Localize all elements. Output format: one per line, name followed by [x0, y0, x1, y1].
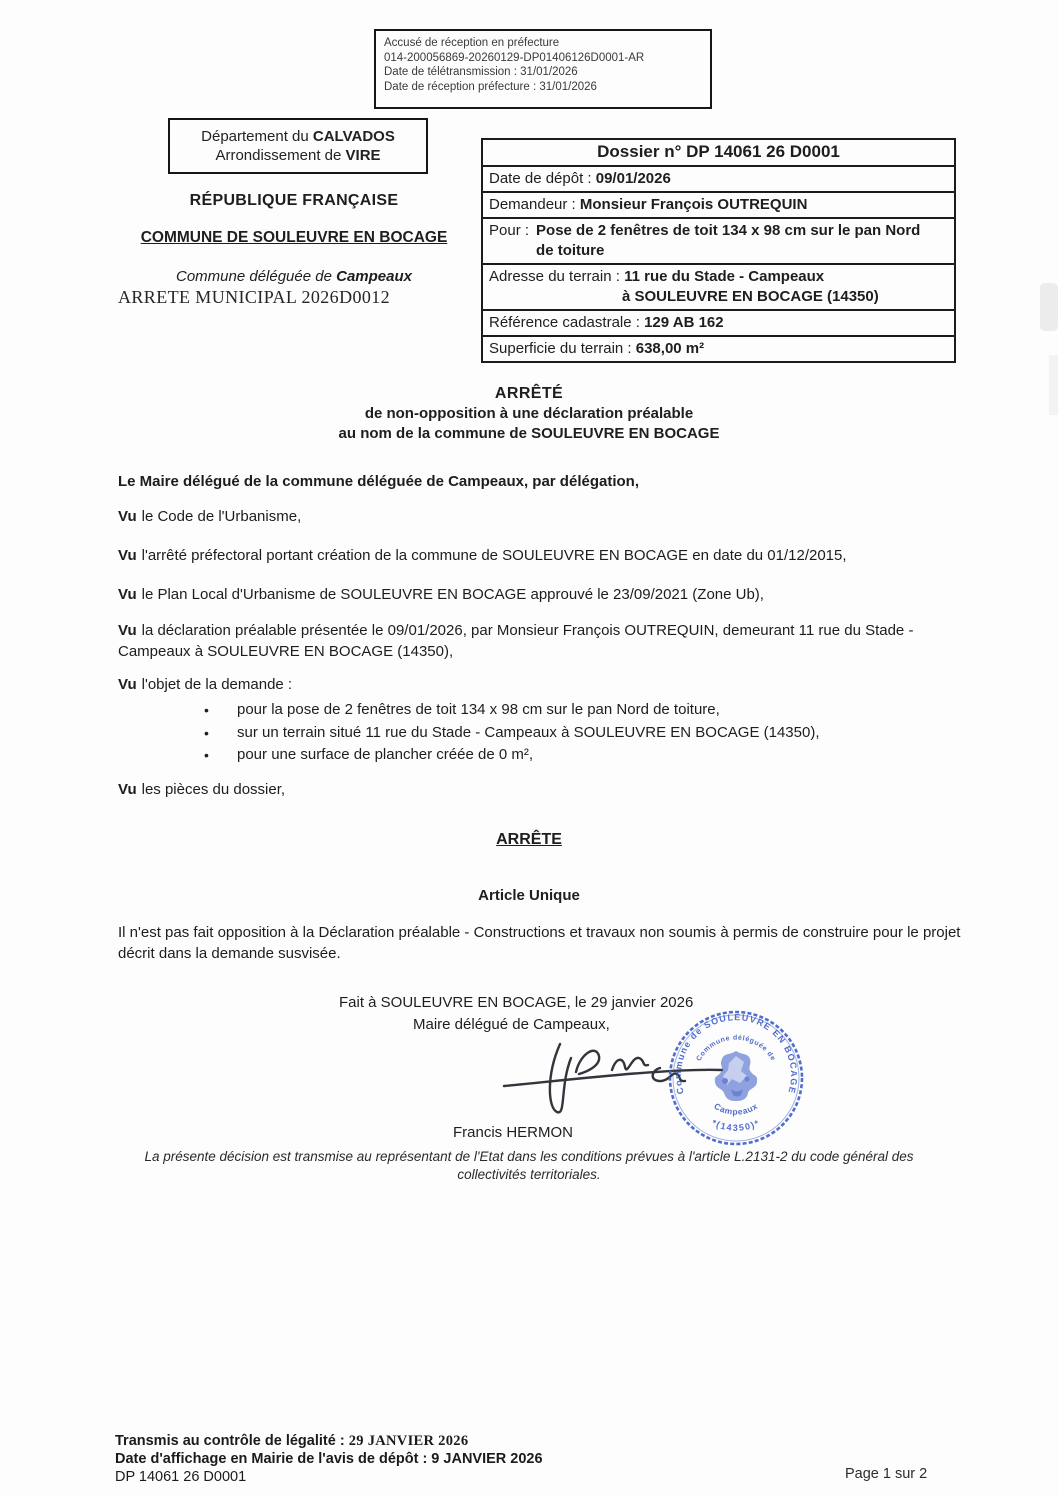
seal-outer-bottom-text: *(14350)* — [710, 1118, 761, 1133]
table-row-demandeur: Demandeur : Monsieur François OUTREQUIN — [483, 191, 954, 217]
decree-title: ARRÊTÉ de non-opposition à une déclarati… — [0, 384, 1058, 444]
commune-title: COMMUNE DE SOULEUVRE EN BOCAGE — [118, 229, 470, 247]
demande-bullet-list: pour la pose de 2 fenêtres de toit 134 x… — [200, 699, 820, 767]
decree-title-line3: au nom de la commune de SOULEUVRE EN BOC… — [0, 424, 1058, 444]
table-row-pour: Pour :Pose de 2 fenêtres de toit 134 x 9… — [483, 217, 954, 263]
transmission-note: La présente décision est transmise au re… — [0, 1148, 1058, 1184]
prefecture-reception-stamp: Accusé de réception en préfecture 014-20… — [374, 29, 712, 109]
scan-artifact — [1040, 283, 1058, 331]
table-row-cadastre: Référence cadastrale : 129 AB 162 — [483, 309, 954, 335]
decree-title-line1: ARRÊTÉ — [0, 384, 1058, 404]
municipal-seal-stamp: Commune de SOULEUVRE EN BOCAGE *(14350)*… — [663, 1005, 809, 1151]
vu-pieces-dossier: Vules pièces du dossier, — [118, 779, 285, 800]
reception-line: Accusé de réception en préfecture — [384, 36, 702, 51]
footer-block: Transmis au contrôle de légalité : 29 JA… — [115, 1432, 543, 1486]
republic-title: RÉPUBLIQUE FRANÇAISE — [118, 192, 470, 210]
arrete-heading: ARRÊTE — [0, 831, 1058, 849]
decision-text: Il n'est pas fait opposition à la Déclar… — [118, 922, 963, 964]
table-row-superficie: Superficie du terrain : 638,00 m² — [483, 335, 954, 361]
decree-title-line2: de non-opposition à une déclaration préa… — [0, 404, 1058, 424]
arrete-reference: ARRETE MUNICIPAL 2026D0012 — [118, 287, 390, 308]
reception-teletransmission-date: Date de télétransmission : 31/01/2026 — [384, 65, 702, 80]
bullet-item: sur un terrain situé 11 rue du Stade - C… — [200, 722, 820, 745]
footer-affichage: Date d'affichage en Mairie de l'avis de … — [115, 1450, 543, 1468]
bullet-item: pour une surface de plancher créée de 0 … — [200, 744, 820, 767]
reception-id: 014-200056869-20260129-DP01406126D0001-A… — [384, 51, 702, 66]
table-row-adresse: Adresse du terrain : 11 rue du Stade - C… — [483, 263, 954, 309]
dossier-table: Dossier n° DP 14061 26 D0001 Date de dép… — [481, 138, 956, 363]
vu-arrete-prefectoral: Vul'arrêté préfectoral portant création … — [118, 545, 847, 566]
signer-name: Francis HERMON — [453, 1124, 573, 1141]
vu-code-urbanisme: Vule Code de l'Urbanisme, — [118, 506, 301, 527]
vu-plan-local: Vule Plan Local d'Urbanisme de SOULEUVRE… — [118, 584, 764, 605]
arrondissement-line: Arrondissement de VIRE — [170, 146, 426, 165]
svg-text:*(14350)*: *(14350)* — [710, 1118, 761, 1133]
vu-declaration: Vula déclaration préalable présentée le … — [118, 620, 950, 662]
seal-inner-name-text: Campeaux — [712, 1101, 759, 1117]
page-number: Page 1 sur 2 — [845, 1466, 927, 1482]
department-box: Département du CALVADOS Arrondissement d… — [168, 118, 428, 174]
table-row-depot: Date de dépôt : 09/01/2026 — [483, 165, 954, 191]
seal-coat-of-arms — [715, 1051, 757, 1101]
bullet-item: pour la pose de 2 fenêtres de toit 134 x… — [200, 699, 820, 722]
department-line: Département du CALVADOS — [170, 127, 426, 146]
dossier-number: Dossier n° DP 14061 26 D0001 — [483, 140, 954, 165]
vu-objet-demande: Vul'objet de la demande : — [118, 674, 292, 695]
delegated-commune: Commune déléguée de Campeaux — [118, 268, 470, 285]
footer-dossier-ref: DP 14061 26 D0001 — [115, 1468, 543, 1486]
place-date-line: Fait à SOULEUVRE EN BOCAGE, le 29 janvie… — [339, 994, 693, 1011]
reception-prefecture-date: Date de réception préfecture : 31/01/202… — [384, 80, 702, 95]
footer-legalite: Transmis au contrôle de légalité : 29 JA… — [115, 1432, 543, 1450]
intro-paragraph: Le Maire délégué de la commune déléguée … — [118, 471, 639, 492]
article-unique-heading: Article Unique — [0, 887, 1058, 904]
scanned-decree-page: { "reception_stamp": { "line1": "Accusé … — [0, 0, 1058, 1496]
svg-text:Campeaux: Campeaux — [712, 1101, 759, 1117]
